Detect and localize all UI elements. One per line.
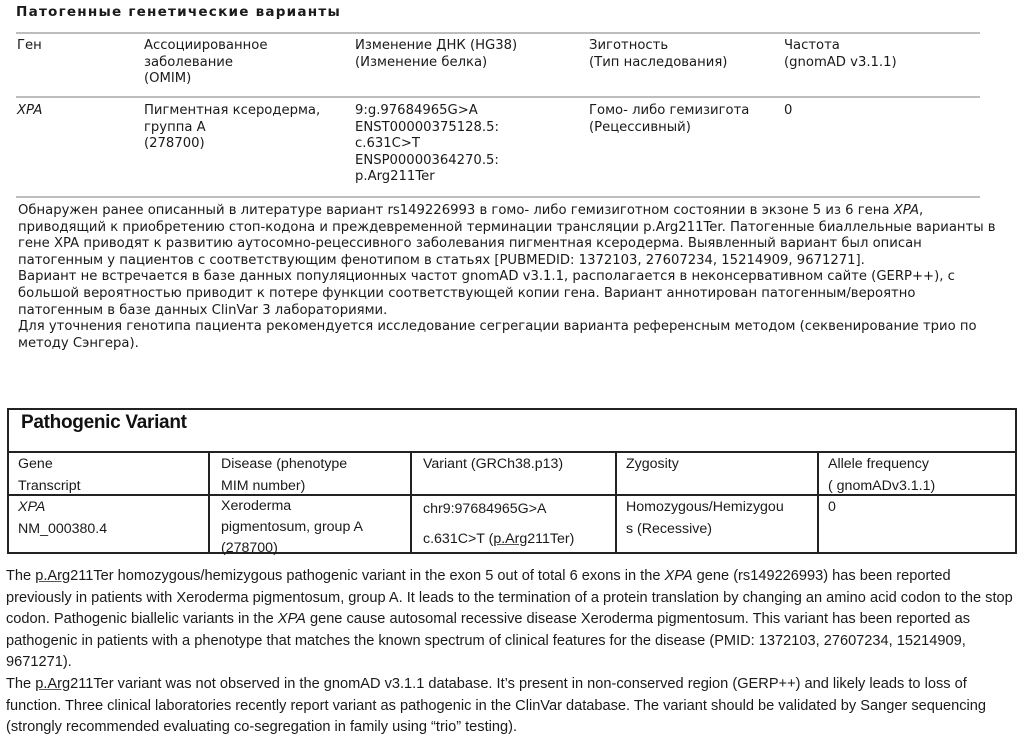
en-variant-protein-rest: 211Ter): [527, 531, 574, 547]
en-header-zygosity: Zygosity: [626, 453, 679, 475]
ru-cell-gene: XPA: [17, 103, 42, 120]
en-p1-text-a: 211Ter homozygous/hemizygous pathogenic …: [70, 568, 664, 584]
ru-table-top-rule: [16, 32, 980, 34]
en-p2-text-a: 211Ter variant was not observed in the g…: [6, 676, 986, 735]
en-header-allele-frequency: Allele frequency ( gnomADv3.1.1): [828, 453, 935, 497]
en-col-divider-2: [410, 451, 412, 552]
en-section-title: Pathogenic Variant: [21, 412, 187, 434]
en-paragraph-2: The p.Arg211Ter variant was not observed…: [6, 674, 1018, 739]
en-cell-zygosity: Homozygous/Hemizygou s (Recessive): [626, 496, 784, 540]
en-p1-gene-2: XPA: [278, 611, 306, 627]
ru-table-bottom-rule: [16, 196, 980, 198]
ru-cell-zygosity: Гомо- либо гемизигота (Рецессивный): [589, 103, 749, 136]
ru-header-dna-change: Изменение ДНК (HG38) (Изменение белка): [355, 38, 517, 71]
ru-paragraph-3: Для уточнения генотипа пациента рекоменд…: [18, 319, 998, 352]
en-cell-transcript: NM_000380.4: [18, 518, 107, 540]
ru-section-title: Патогенные генетические варианты: [16, 4, 341, 20]
en-cell-disease: Xeroderma pigmentosum, group A (278700): [221, 496, 363, 559]
en-paragraph-1: The p.Arg211Ter homozygous/hemizygous pa…: [6, 566, 1018, 674]
ru-paragraph-2: Вариант не встречается в базе данных поп…: [18, 269, 998, 319]
en-variant-protein-underlined: p.Arg: [493, 531, 527, 547]
en-cell-variant-coding: c.631C>T (p.Arg211Ter): [423, 528, 574, 550]
ru-cell-frequency: 0: [784, 103, 792, 120]
en-p1-protein-underlined: p.Arg: [35, 568, 70, 584]
en-header-disease: Disease (phenotype MIM number): [221, 453, 347, 497]
en-col-divider-1: [208, 451, 210, 552]
en-p2-protein-underlined: p.Arg: [35, 676, 70, 692]
ru-header-disease: Ассоциированное заболевание (OMIM): [144, 38, 267, 88]
ru-cell-dna-change: 9:g.97684965G>A ENST00000375128.5: c.631…: [355, 103, 499, 186]
ru-cell-disease: Пигментная ксеродерма, группа А (278700): [144, 103, 320, 153]
en-p1-gene: XPA: [665, 568, 693, 584]
en-col-divider-3: [615, 451, 617, 552]
en-header-variant: Variant (GRCh38.p13): [423, 453, 563, 475]
ru-description: Обнаружен ранее описанный в литературе в…: [18, 203, 998, 352]
en-p1-prefix: The: [6, 568, 35, 584]
en-p2-prefix: The: [6, 676, 35, 692]
ru-paragraph-1: Обнаружен ранее описанный в литературе в…: [18, 203, 998, 269]
ru-header-frequency: Частота (gnomAD v3.1.1): [784, 38, 897, 71]
en-cell-gene: XPA: [18, 496, 45, 518]
ru-p1-gene: XPA: [894, 203, 919, 218]
en-col-divider-4: [817, 451, 819, 552]
ru-header-zygosity: Зиготность (Тип наследования): [589, 38, 727, 71]
ru-p1-text-a: Обнаружен ранее описанный в литературе в…: [18, 203, 894, 218]
ru-header-gene: Ген: [17, 38, 42, 55]
en-variant-coding-prefix: c.631C>T (: [423, 531, 493, 547]
en-description: The p.Arg211Ter homozygous/hemizygous pa…: [6, 566, 1018, 739]
en-cell-variant-genomic: chr9:97684965G>A: [423, 498, 546, 520]
ru-header-rule: [16, 96, 980, 98]
en-cell-allele-frequency: 0: [828, 496, 836, 518]
en-header-gene: Gene Transcript: [18, 453, 81, 497]
en-variant-table: Pathogenic Variant Gene Transcript Disea…: [7, 408, 1017, 554]
